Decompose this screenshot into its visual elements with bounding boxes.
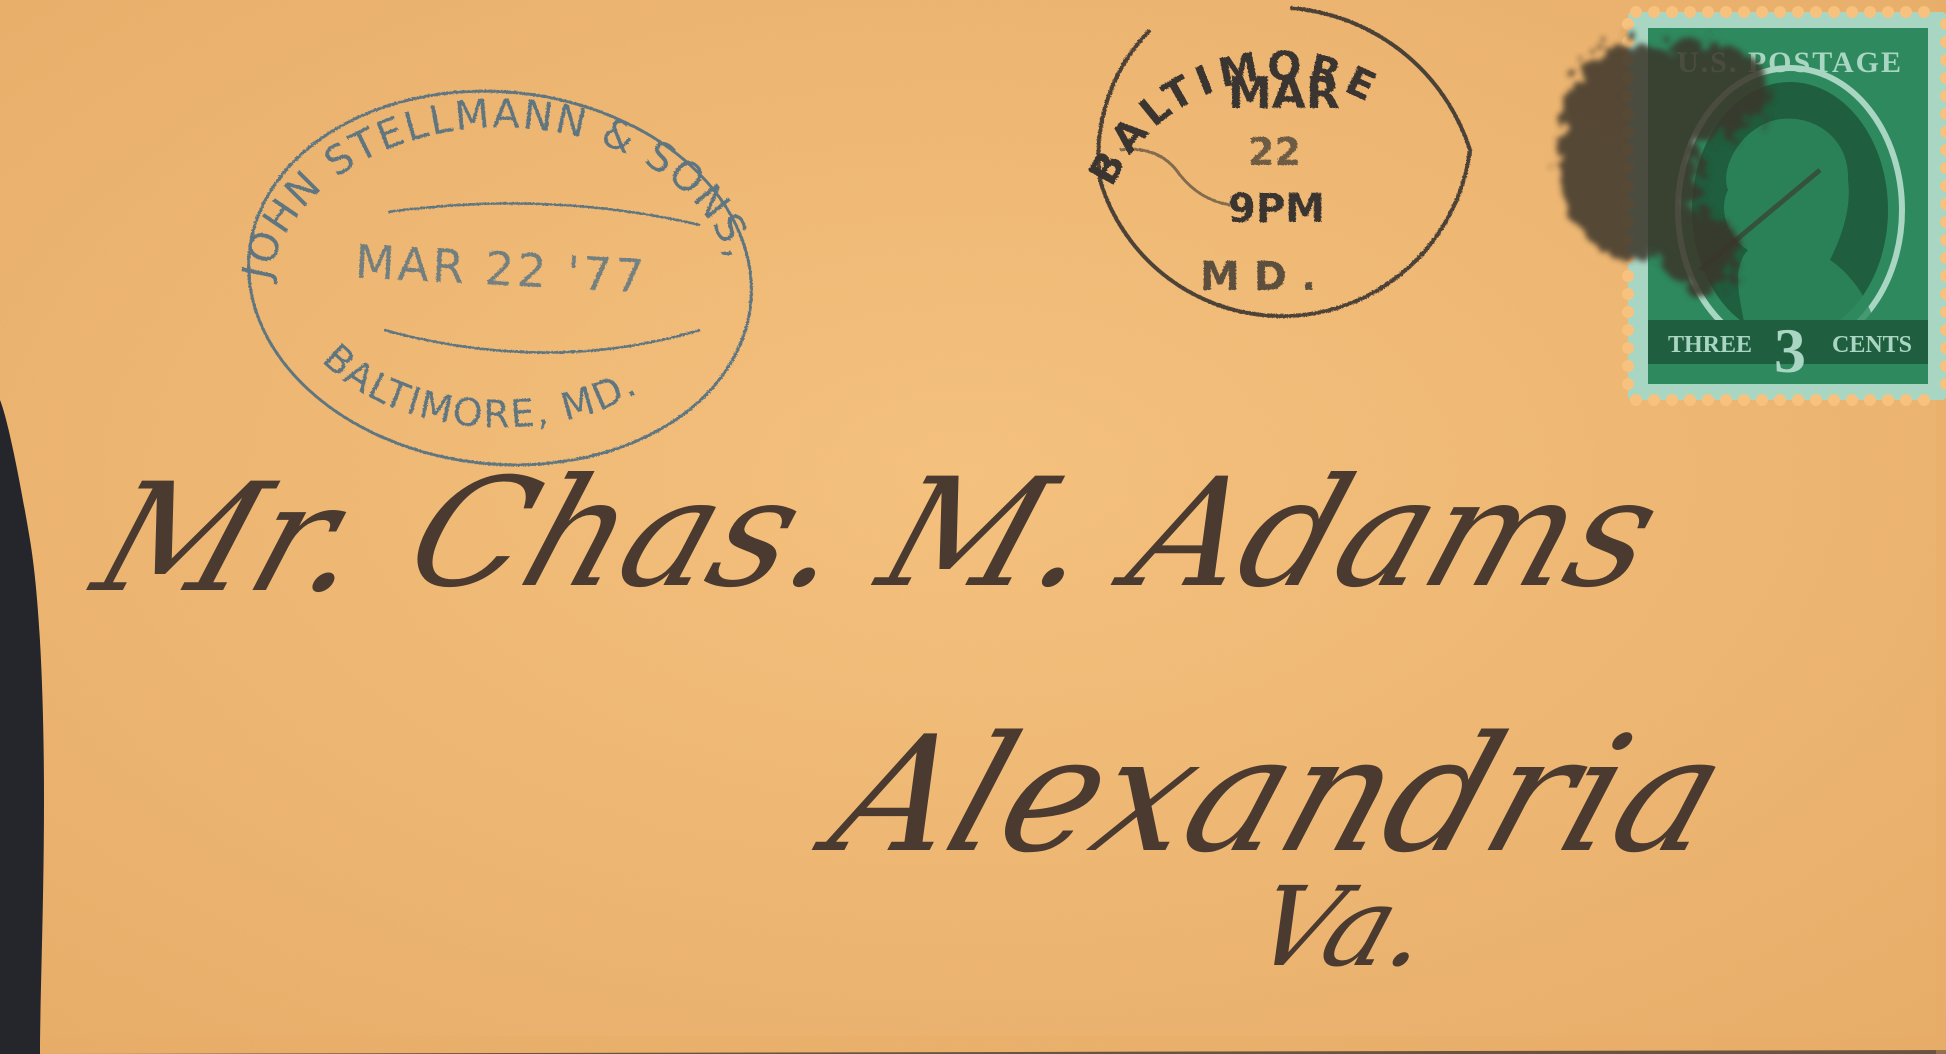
address-name: Chas. M. Adams xyxy=(388,447,1680,621)
postmark-month: MAR xyxy=(1228,68,1340,119)
stamp-left-label: THREE xyxy=(1668,332,1752,358)
envelope-photo: JOHN STELLMANN & SONS, BALTIMORE, MD. MA… xyxy=(0,0,1946,1054)
stamp-denomination: 3 xyxy=(1774,315,1806,386)
envelope-canvas: JOHN STELLMANN & SONS, BALTIMORE, MD. MA… xyxy=(0,0,1946,1054)
postmark-state: MD. xyxy=(1200,254,1330,300)
postmark-time: 9PM xyxy=(1228,186,1325,232)
address-city: Alexandria xyxy=(799,702,1748,888)
stamp-right-label: CENTS xyxy=(1832,332,1912,358)
postmark-day: 22 xyxy=(1248,130,1301,174)
